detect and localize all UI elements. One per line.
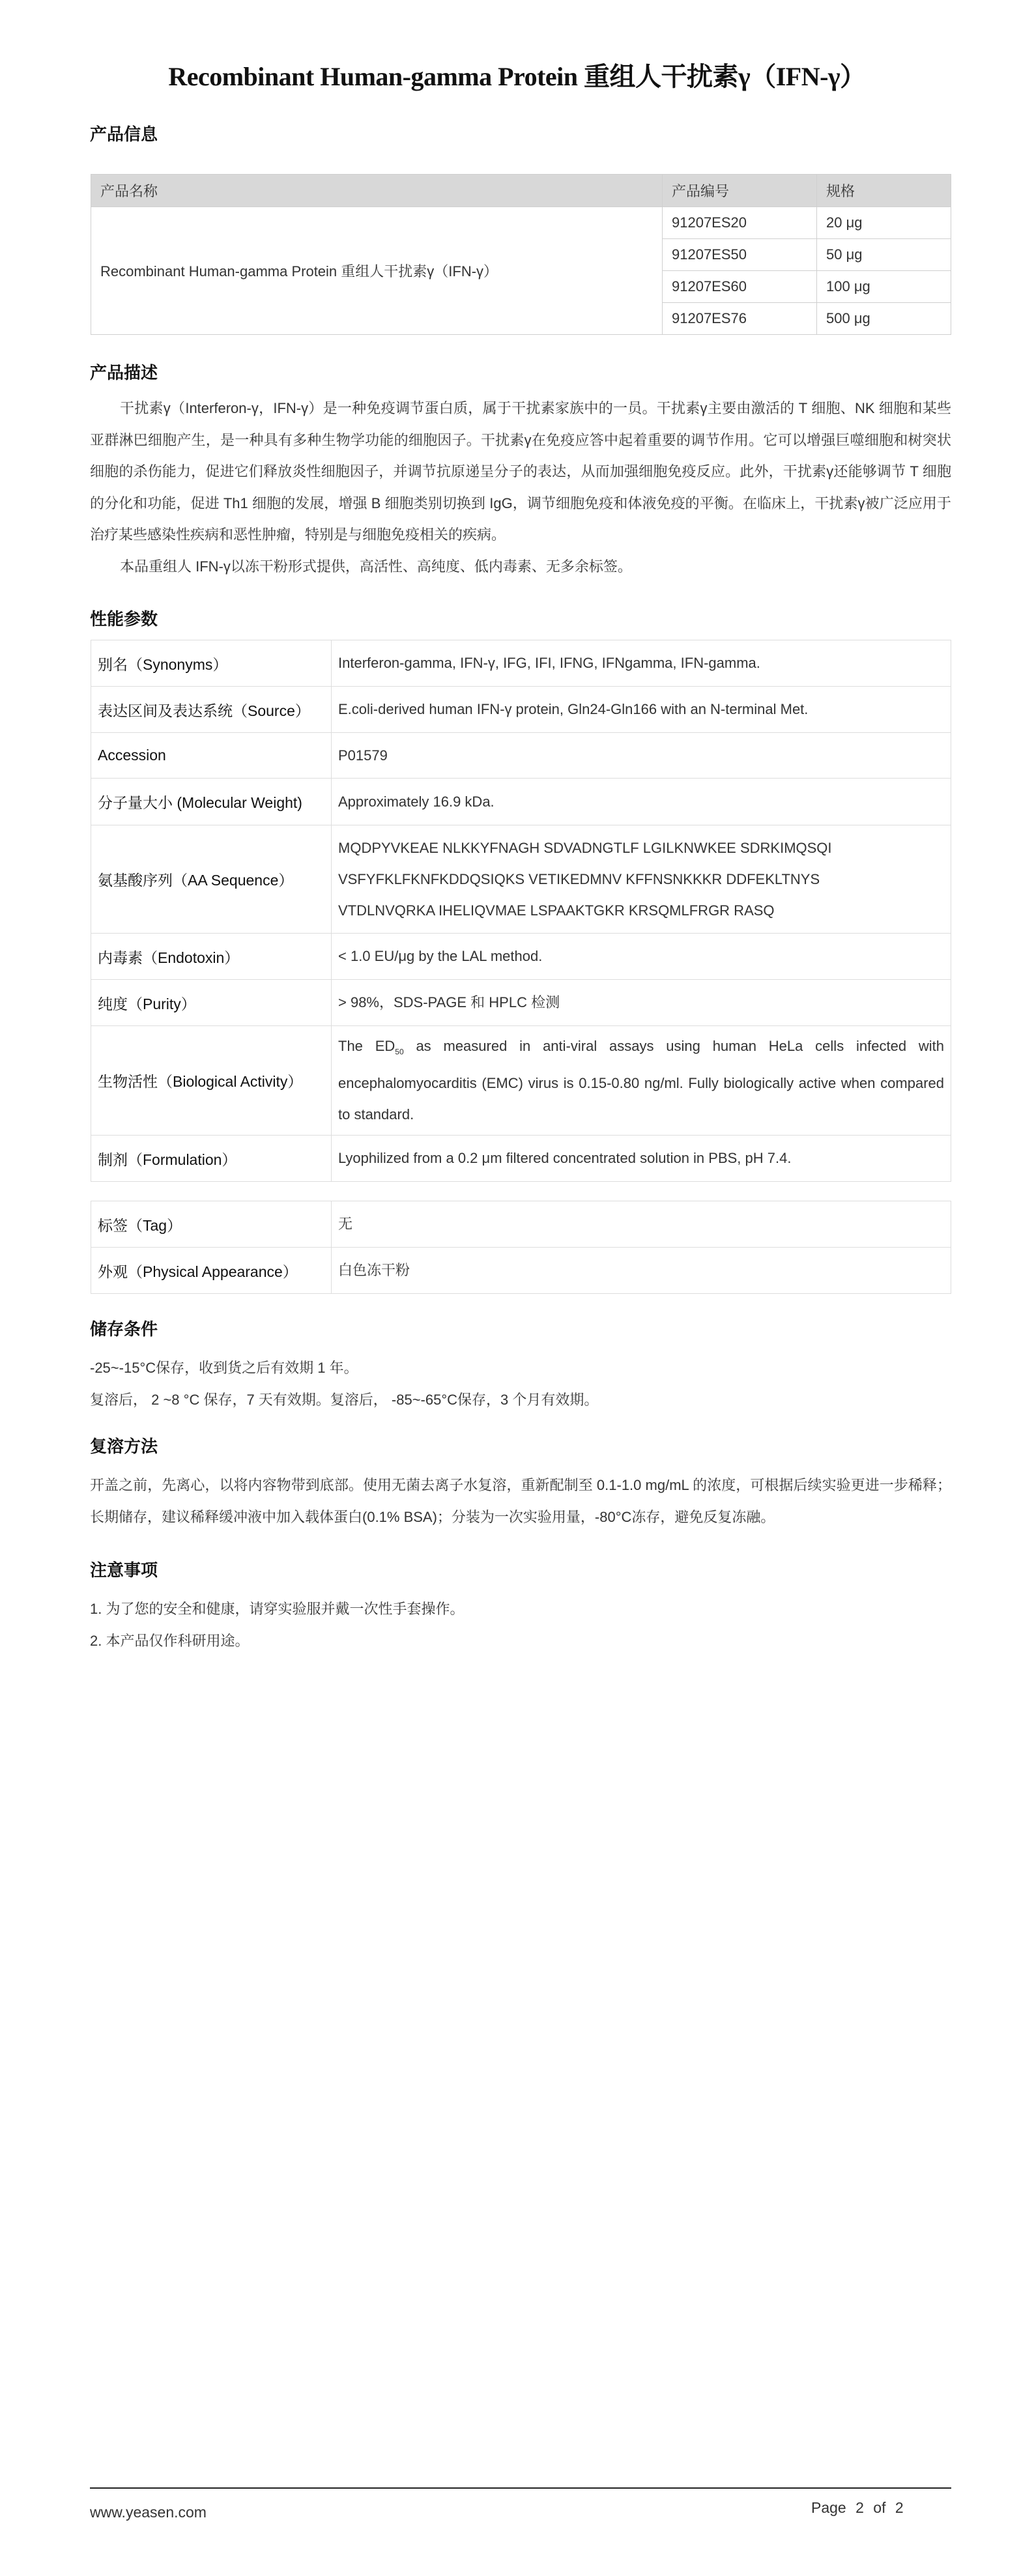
page-number: Page 2 of 2 (811, 2499, 904, 2517)
spec-label: 标签（Tag） (91, 1201, 332, 1248)
notes-list: 1. 为了您的安全和健康，请穿实验服并戴一次性手套操作。 2. 本产品仅作科研用… (90, 1594, 951, 1657)
description-paragraph-2: 本品重组人 IFN-γ以冻干粉形式提供，高活性、高纯度、低内毒素、无多余标签。 (90, 551, 951, 583)
spec-row-appearance: 外观（Physical Appearance） 白色冻干粉 (91, 1248, 951, 1294)
spec-value: Approximately 16.9 kDa. (332, 779, 951, 825)
product-name-cell: Recombinant Human-gamma Protein 重组人干扰素γ（… (91, 207, 663, 335)
spec-label: 纯度（Purity） (91, 980, 332, 1026)
specs-table-2: 标签（Tag） 无 外观（Physical Appearance） 白色冻干粉 (91, 1201, 951, 1294)
spec-label: 制剂（Formulation） (91, 1136, 332, 1182)
spec-value: P01579 (332, 733, 951, 779)
description-paragraph-1: 干扰素γ（Interferon-γ，IFN-γ）是一种免疫调节蛋白质，属于干扰素… (90, 393, 951, 551)
activity-suffix: as measured in anti-viral assays using h… (338, 1038, 944, 1122)
storage-body: -25~-15°C保存，收到货之后有效期 1 年。 复溶后， 2 ~8 °C 保… (90, 1352, 951, 1416)
product-code-cell: 91207ES76 (663, 303, 817, 335)
spec-label: Accession (91, 733, 332, 779)
product-size-cell: 100 μg (817, 271, 951, 303)
spec-row-molecular-weight: 分子量大小 (Molecular Weight) Approximately 1… (91, 779, 951, 825)
spec-label: 氨基酸序列（AA Sequence） (91, 825, 332, 934)
spec-value: > 98%，SDS-PAGE 和 HPLC 检测 (332, 980, 951, 1026)
spec-label: 表达区间及表达系统（Source） (91, 687, 332, 733)
storage-line: 复溶后， 2 ~8 °C 保存，7 天有效期。复溶后， -85~-65°C保存，… (90, 1384, 951, 1416)
spec-label: 别名（Synonyms） (91, 640, 332, 687)
document-title: Recombinant Human-gamma Protein 重组人干扰素γ（… (0, 56, 1034, 93)
spec-value: Lyophilized from a 0.2 μm filtered conce… (332, 1136, 951, 1182)
spec-label: 内毒素（Endotoxin） (91, 934, 332, 980)
product-info-table: 产品名称 产品编号 规格 Recombinant Human-gamma Pro… (91, 174, 951, 335)
activity-prefix: The ED (338, 1038, 395, 1054)
aa-sequence-line: MQDPYVKEAE NLKKYFNAGH SDVADNGTLF LGILKNW… (338, 833, 944, 864)
footer-divider (90, 2487, 951, 2489)
header-product-name: 产品名称 (91, 175, 663, 207)
product-size-cell: 500 μg (817, 303, 951, 335)
header-product-code: 产品编号 (663, 175, 817, 207)
product-size-cell: 50 μg (817, 239, 951, 271)
table-header-row: 产品名称 产品编号 规格 (91, 175, 951, 207)
product-info-heading: 产品信息 (90, 121, 158, 145)
reconstitution-body: 开盖之前，先离心，以将内容物带到底部。使用无菌去离子水复溶，重新配制至 0.1-… (90, 1470, 951, 1533)
spec-value: MQDPYVKEAE NLKKYFNAGH SDVADNGTLF LGILKNW… (332, 825, 951, 934)
spec-label: 生物活性（Biological Activity） (91, 1026, 332, 1136)
spec-value: Interferon-gamma, IFN-γ, IFG, IFI, IFNG,… (332, 640, 951, 687)
spec-value: The ED50 as measured in anti-viral assay… (332, 1026, 951, 1136)
aa-sequence-line: VTDLNVQRKA IHELIQVMAE LSPAAKTGKR KRSQMLF… (338, 895, 944, 926)
spec-value: 白色冻干粉 (332, 1248, 951, 1294)
spec-label: 分子量大小 (Molecular Weight) (91, 779, 332, 825)
spec-row-endotoxin: 内毒素（Endotoxin） < 1.0 EU/μg by the LAL me… (91, 934, 951, 980)
reconstitution-heading: 复溶方法 (90, 1433, 158, 1457)
description-heading: 产品描述 (90, 360, 158, 384)
product-size-cell: 20 μg (817, 207, 951, 239)
storage-line: -25~-15°C保存，收到货之后有效期 1 年。 (90, 1352, 951, 1384)
spec-label: 外观（Physical Appearance） (91, 1248, 332, 1294)
specs-heading: 性能参数 (90, 606, 158, 630)
spec-value: E.coli-derived human IFN-γ protein, Gln2… (332, 687, 951, 733)
product-code-cell: 91207ES20 (663, 207, 817, 239)
spec-row-purity: 纯度（Purity） > 98%，SDS-PAGE 和 HPLC 检测 (91, 980, 951, 1026)
spec-row-formulation: 制剂（Formulation） Lyophilized from a 0.2 μ… (91, 1136, 951, 1182)
aa-sequence-line: VSFYFKLFKNFKDDQSIQKS VETIKEDMNV KFFNSNKK… (338, 864, 944, 895)
storage-heading: 储存条件 (90, 1316, 158, 1340)
notes-heading: 注意事项 (90, 1557, 158, 1581)
spec-value: 无 (332, 1201, 951, 1248)
spec-row-biological-activity: 生物活性（Biological Activity） The ED50 as me… (91, 1026, 951, 1136)
product-code-cell: 91207ES60 (663, 271, 817, 303)
website-link[interactable]: www.yeasen.com (90, 2504, 207, 2521)
spec-row-synonyms: 别名（Synonyms） Interferon-gamma, IFN-γ, IF… (91, 640, 951, 687)
table-row: Recombinant Human-gamma Protein 重组人干扰素γ（… (91, 207, 951, 239)
description-body: 干扰素γ（Interferon-γ，IFN-γ）是一种免疫调节蛋白质，属于干扰素… (90, 393, 951, 582)
note-item: 1. 为了您的安全和健康，请穿实验服并戴一次性手套操作。 (90, 1594, 951, 1625)
specs-table: 别名（Synonyms） Interferon-gamma, IFN-γ, IF… (91, 640, 951, 1182)
spec-row-tag: 标签（Tag） 无 (91, 1201, 951, 1248)
spec-row-accession: Accession P01579 (91, 733, 951, 779)
header-size: 规格 (817, 175, 951, 207)
reconstitution-text: 开盖之前，先离心，以将内容物带到底部。使用无菌去离子水复溶，重新配制至 0.1-… (90, 1470, 951, 1533)
spec-value: < 1.0 EU/μg by the LAL method. (332, 934, 951, 980)
note-item: 2. 本产品仅作科研用途。 (90, 1625, 951, 1657)
product-code-cell: 91207ES50 (663, 239, 817, 271)
spec-row-source: 表达区间及表达系统（Source） E.coli-derived human I… (91, 687, 951, 733)
spec-row-aa-sequence: 氨基酸序列（AA Sequence） MQDPYVKEAE NLKKYFNAGH… (91, 825, 951, 934)
activity-subscript: 50 (395, 1048, 403, 1057)
